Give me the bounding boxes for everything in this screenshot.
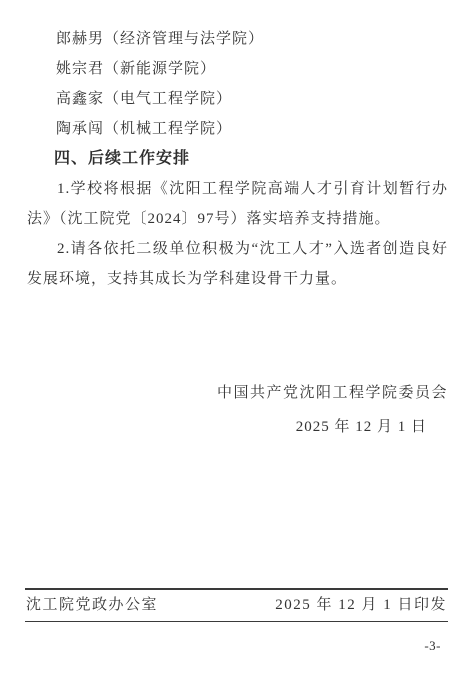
- page-number: -3-: [25, 638, 448, 654]
- appointee-line-3: 高鑫家（电气工程学院）: [27, 84, 448, 114]
- appointee-line-1: 郎赫男（经济管理与法学院）: [27, 24, 448, 54]
- paragraph-1: 1.学校将根据《沈阳工程学院高端人才引育计划暂行办法》（沈工院党〔2024〕97…: [27, 174, 448, 234]
- signature-date: 2025 年 12 月 1 日: [27, 412, 448, 442]
- section-heading: 四、后续工作安排: [27, 144, 448, 174]
- print-date: 2025 年 12 月 1 日印发: [275, 597, 447, 613]
- issuing-office: 沈工院党政办公室: [26, 597, 158, 613]
- paragraph-2: 2.请各依托二级单位积极为“沈工人才”入选者创造良好发展环境，支持其成长为学科建…: [27, 234, 448, 294]
- document-page: 郎赫男（经济管理与法学院） 姚宗君（新能源学院） 高鑫家（电气工程学院） 陶承闯…: [0, 0, 476, 676]
- appointee-line-4: 陶承闯（机械工程学院）: [27, 114, 448, 144]
- document-body: 郎赫男（经济管理与法学院） 姚宗君（新能源学院） 高鑫家（电气工程学院） 陶承闯…: [0, 0, 476, 442]
- appointee-line-2: 姚宗君（新能源学院）: [27, 54, 448, 84]
- document-footer: 沈工院党政办公室 2025 年 12 月 1 日印发 -3-: [25, 588, 448, 654]
- signature-block: 中国共产党沈阳工程学院委员会 2025 年 12 月 1 日: [27, 378, 448, 442]
- issuance-strip: 沈工院党政办公室 2025 年 12 月 1 日印发: [25, 588, 448, 622]
- signature-organization: 中国共产党沈阳工程学院委员会: [27, 378, 448, 408]
